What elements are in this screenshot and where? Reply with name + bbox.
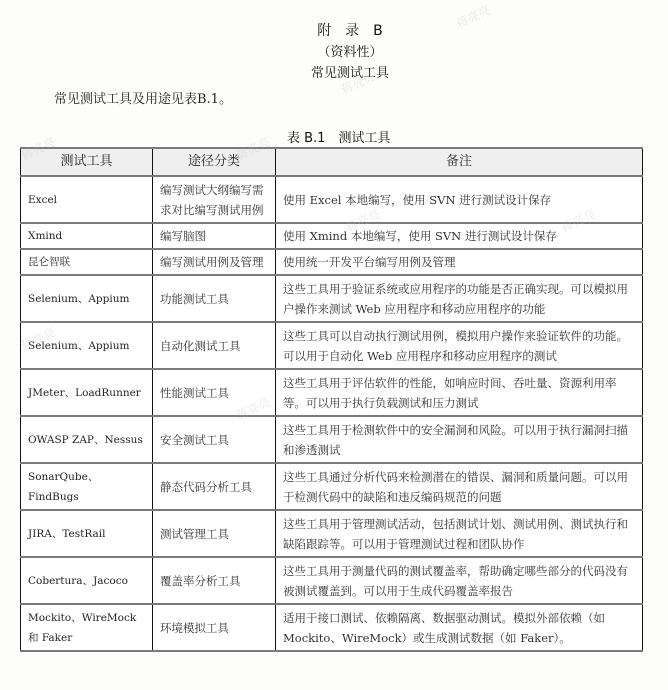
cell-note: 这些工具用于评估软件的性能，如响应时间、吞吐量、资源利用率等。可以用于执行负载测…: [276, 369, 643, 416]
cell-note: 这些工具用于管理测试活动，包括测试计划、测试用例、测试执行和缺陷跟踪等。可以用于…: [276, 510, 643, 557]
header-category: 途径分类: [153, 148, 276, 176]
table-row: Xmind 编写脑图 使用 Xmind 本地编写，使用 SVN 进行测试设计保存: [21, 223, 643, 249]
table-row: Cobertura、Jacoco 覆盖率分析工具 这些工具用于测量代码的测试覆盖…: [21, 557, 643, 604]
table-row: SonarQube、FindBugs 静态代码分析工具 这些工具通过分析代码来检…: [21, 463, 643, 510]
cell-note: 适用于接口测试、依赖隔离、数据驱动测试。模拟外部依赖（如 Mockito、Wir…: [276, 604, 643, 651]
cell-category: 自动化测试工具: [153, 322, 276, 369]
cell-note: 使用统一开发平台编写用例及管理: [276, 249, 643, 275]
cell-category: 覆盖率分析工具: [153, 557, 276, 604]
table-row: Selenium、Appium 自动化测试工具 这些工具可以自动执行测试用例，模…: [21, 322, 643, 369]
table-header-row: 测试工具 途径分类 备注: [21, 148, 643, 176]
appendix-name: 常见测试工具: [0, 62, 668, 81]
cell-tool: Excel: [21, 176, 153, 223]
cell-note: 这些工具用于验证系统或应用程序的功能是否正确实现。可以模拟用户操作来测试 Web…: [276, 275, 643, 322]
cell-category: 环境模拟工具: [153, 604, 276, 651]
table-row: JMeter、LoadRunner 性能测试工具 这些工具用于评估软件的性能，如…: [21, 369, 643, 416]
header-tool: 测试工具: [21, 148, 153, 176]
cell-note: 这些工具用于检测软件中的安全漏洞和风险。可以用于执行漏洞扫描和渗透测试: [276, 416, 643, 463]
cell-tool: Cobertura、Jacoco: [21, 557, 153, 604]
cell-tool: Selenium、Appium: [21, 275, 153, 322]
cell-note: 使用 Excel 本地编写，使用 SVN 进行测试设计保存: [276, 176, 643, 223]
cell-note: 这些工具用于测量代码的测试覆盖率，帮助确定哪些部分的代码没有被测试覆盖到。可以用…: [276, 557, 643, 604]
cell-tool: Mockito、WireMock 和 Faker: [21, 604, 153, 651]
intro-paragraph: 常见测试工具及用途见表B.1。: [54, 88, 232, 107]
cell-category: 静态代码分析工具: [153, 463, 276, 510]
cell-category: 测试管理工具: [153, 510, 276, 557]
table-row: Excel 编写测试大纲编写需求对比编写测试用例 使用 Excel 本地编写，使…: [21, 176, 643, 223]
cell-tool: Xmind: [21, 223, 153, 249]
cell-note: 这些工具可以自动执行测试用例，模拟用户操作来验证软件的功能。可以用于自动化 We…: [276, 322, 643, 369]
cell-category: 编写脑图: [153, 223, 276, 249]
cell-tool: JIRA、TestRail: [21, 510, 153, 557]
appendix-subtitle: （资料性）: [0, 41, 668, 60]
table-row: 昆仑智联 编写测试用例及管理 使用统一开发平台编写用例及管理: [21, 249, 643, 275]
cell-category: 编写测试大纲编写需求对比编写测试用例: [153, 176, 276, 223]
cell-tool: JMeter、LoadRunner: [21, 369, 153, 416]
table-caption: 表 B.1 测试工具: [287, 127, 390, 146]
test-tools-table: 测试工具 途径分类 备注 Excel 编写测试大纲编写需求对比编写测试用例 使用…: [20, 147, 643, 652]
cell-note: 使用 Xmind 本地编写，使用 SVN 进行测试设计保存: [276, 223, 643, 249]
cell-category: 性能测试工具: [153, 369, 276, 416]
cell-note: 这些工具通过分析代码来检测潜在的错误、漏洞和质量问题。可以用于检测代码中的缺陷和…: [276, 463, 643, 510]
appendix-title: 附 录 B: [0, 20, 668, 40]
cell-tool: 昆仑智联: [21, 249, 153, 275]
cell-tool: SonarQube、FindBugs: [21, 463, 153, 510]
table-row: Selenium、Appium 功能测试工具 这些工具用于验证系统或应用程序的功…: [21, 275, 643, 322]
header-note: 备注: [276, 148, 643, 176]
cell-tool: OWASP ZAP、Nessus: [21, 416, 153, 463]
cell-category: 安全测试工具: [153, 416, 276, 463]
cell-category: 编写测试用例及管理: [153, 249, 276, 275]
cell-category: 功能测试工具: [153, 275, 276, 322]
table-row: JIRA、TestRail 测试管理工具 这些工具用于管理测试活动，包括测试计划…: [21, 510, 643, 557]
table-row: OWASP ZAP、Nessus 安全测试工具 这些工具用于检测软件中的安全漏洞…: [21, 416, 643, 463]
table-row: Mockito、WireMock 和 Faker 环境模拟工具 适用于接口测试、…: [21, 604, 643, 651]
cell-tool: Selenium、Appium: [21, 322, 153, 369]
